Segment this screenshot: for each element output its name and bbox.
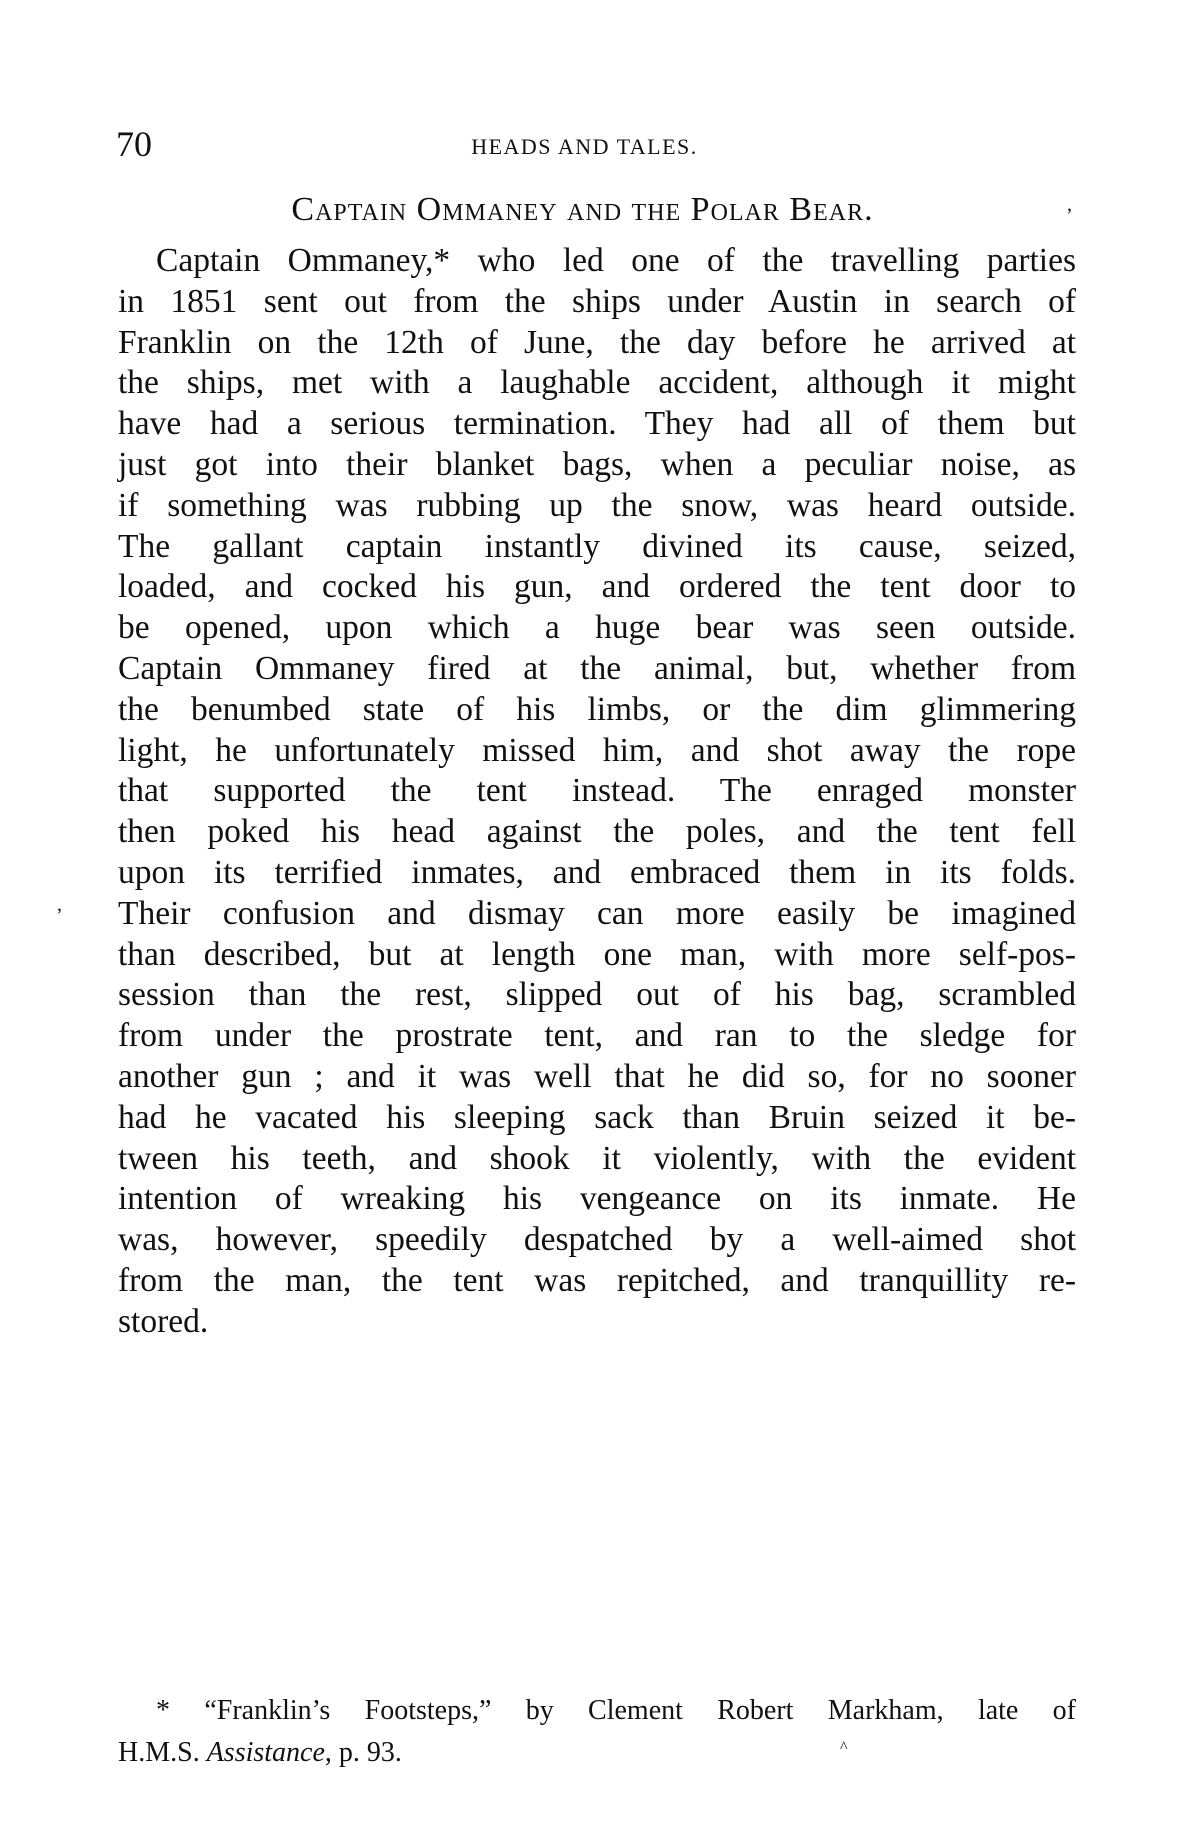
footnote: * “Franklin’s Footsteps,” by Clement Rob… <box>118 1690 1076 1774</box>
body-line: light, he unfortunately missed him, and … <box>118 731 1076 772</box>
footnote-page-ref: , p. 93. <box>325 1737 402 1768</box>
body-line: Captain Ommaney,* who led one of the tra… <box>118 241 1076 282</box>
body-line: loaded, and cocked his gun, and ordered … <box>118 567 1076 608</box>
running-head: HEADS AND TALES. <box>0 132 1193 162</box>
body-line: from the man, the tent was repitched, an… <box>118 1261 1076 1302</box>
chapter-title-text: Captain Ommaney and the Polar Bear. <box>291 188 873 232</box>
body-line: be opened, upon which a huge bear was se… <box>118 608 1076 649</box>
body-line: if something was rubbing up the snow, wa… <box>118 486 1076 527</box>
stray-caret-mark: ^ <box>840 1738 848 1758</box>
body-line: intention of wreaking his vengeance on i… <box>118 1179 1076 1220</box>
body-line: then poked his head against the poles, a… <box>118 812 1076 853</box>
footnote-line: H.M.S. Assistance, p. 93. <box>118 1732 1076 1774</box>
body-line: have had a serious termination. They had… <box>118 404 1076 445</box>
body-text: Captain Ommaney,* who led one of the tra… <box>118 241 1076 1343</box>
body-line: Their confusion and dismay can more easi… <box>118 894 1076 935</box>
body-line: than described, but at length one man, w… <box>118 935 1076 976</box>
body-line: just got into their blanket bags, when a… <box>118 445 1076 486</box>
body-line: the ships, met with a laughable accident… <box>118 363 1076 404</box>
running-head-text: HEADS AND TALES. <box>471 132 698 162</box>
stray-mark-left: ʼ <box>56 906 63 926</box>
footnote-ship-name: Assistance <box>207 1737 325 1768</box>
body-line: tween his teeth, and shook it violently,… <box>118 1139 1076 1180</box>
chapter-title: Captain Ommaney and the Polar Bear. <box>0 188 1193 232</box>
body-line: from under the prostrate tent, and ran t… <box>118 1016 1076 1057</box>
body-line: had he vacated his sleeping sack than Br… <box>118 1098 1076 1139</box>
body-line: session than the rest, slipped out of hi… <box>118 975 1076 1016</box>
body-line: was, however, speedily despatched by a w… <box>118 1220 1076 1261</box>
footnote-ship-prefix: H.M.S. <box>118 1737 207 1768</box>
body-line: Franklin on the 12th of June, the day be… <box>118 323 1076 364</box>
body-line: Captain Ommaney fired at the animal, but… <box>118 649 1076 690</box>
body-line: The gallant captain instantly divined it… <box>118 527 1076 568</box>
body-line: another gun ; and it was well that he di… <box>118 1057 1076 1098</box>
footnote-line: * “Franklin’s Footsteps,” by Clement Rob… <box>118 1690 1076 1732</box>
body-line: upon its terrified inmates, and embraced… <box>118 853 1076 894</box>
stray-mark-top: ʼ <box>1066 206 1073 226</box>
body-line: the benumbed state of his limbs, or the … <box>118 690 1076 731</box>
body-line: stored. <box>118 1302 1076 1343</box>
body-line: in 1851 sent out from the ships under Au… <box>118 282 1076 323</box>
body-line: that supported the tent instead. The enr… <box>118 771 1076 812</box>
